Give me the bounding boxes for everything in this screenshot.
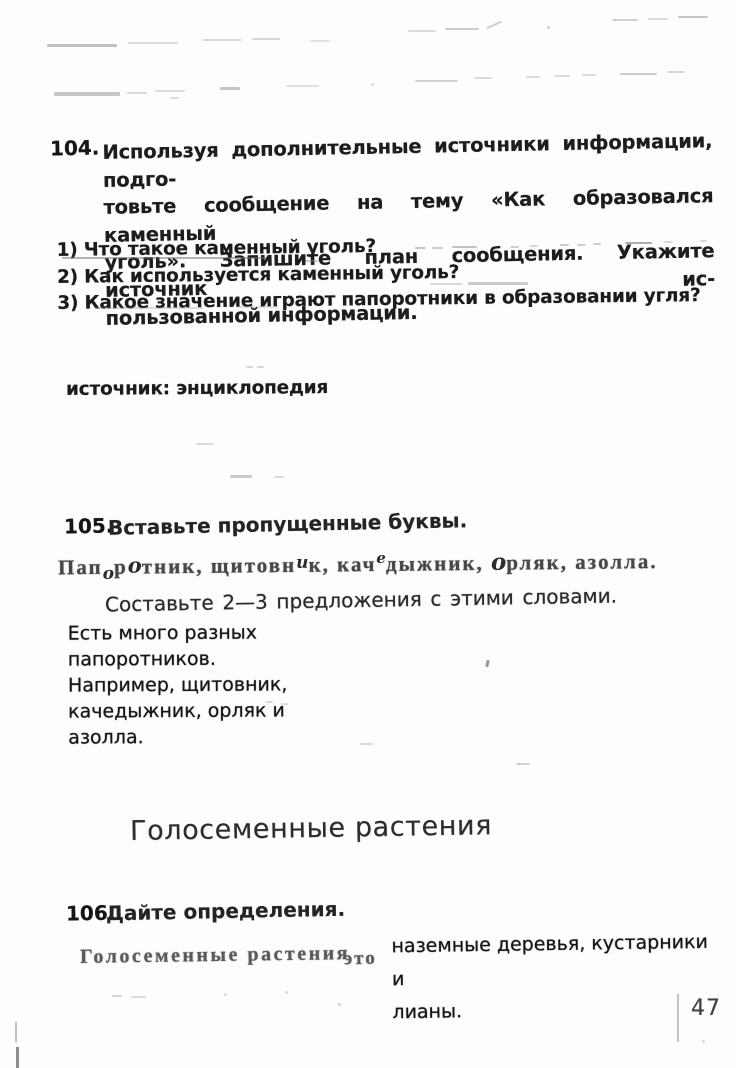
task-106-answer: наземные деревья, кустарники и лианы. — [391, 926, 722, 1030]
scan-artifact — [274, 476, 284, 478]
printed-word-part: рляк, азолла. — [506, 549, 658, 575]
answer-line: наземные деревья, кустарники и — [391, 926, 722, 997]
scan-artifact — [664, 241, 673, 243]
scan-artifact — [47, 44, 117, 47]
task-104-plan-answers: 1) Что такое каменный уголь? 2) Как испо… — [57, 230, 701, 317]
printed-word-part: р — [114, 555, 128, 579]
printed-word-part: тник, щитовн — [142, 553, 297, 579]
scan-artifact — [415, 247, 426, 249]
scan-artifact — [577, 244, 586, 246]
scan-artifact — [485, 660, 489, 667]
scan-artifact — [371, 83, 374, 86]
scan-artifact — [702, 1040, 705, 1043]
scan-artifact — [648, 18, 668, 20]
task-106-term: Голосеменные растения — [80, 942, 350, 969]
scan-artifact — [202, 39, 242, 41]
scan-artifact — [678, 16, 708, 18]
scan-artifact — [170, 97, 179, 99]
inserted-letter: о — [103, 564, 115, 584]
scan-artifact — [554, 75, 570, 77]
scan-artifact — [408, 30, 436, 32]
scan-artifact — [360, 743, 373, 745]
scan-artifact — [530, 245, 538, 247]
inserted-letter: о — [128, 552, 142, 577]
answer-line: лианы. — [392, 992, 722, 1030]
scan-artifact — [625, 242, 652, 244]
scan-artifact — [95, 307, 203, 309]
scan-artifact — [415, 80, 458, 82]
scan-artifact — [430, 283, 462, 285]
scan-artifact — [516, 763, 530, 765]
answer-line: качедыжник, орляк и — [68, 697, 287, 724]
printed-word-part: к, кач — [308, 552, 376, 577]
printed-word-part: Пап — [58, 555, 103, 579]
scan-artifact — [112, 995, 122, 997]
scan-artifact — [468, 282, 528, 285]
scan-artifact — [246, 366, 253, 368]
scan-artifact — [286, 85, 319, 87]
scan-artifact — [15, 1022, 17, 1042]
task-105-subtitle: Составьте 2—3 предложения с этими словам… — [105, 584, 617, 617]
scan-artifact — [128, 42, 178, 44]
scan-artifact — [230, 475, 252, 478]
answer-line: азолла. — [68, 723, 287, 750]
scan-artifact — [445, 28, 479, 30]
scan-artifact — [155, 90, 185, 92]
page-number: 47 — [691, 996, 721, 1021]
scan-artifact — [16, 1047, 19, 1068]
scan-artifact — [510, 246, 519, 248]
inserted-letter: е — [376, 549, 386, 567]
scan-artifact — [224, 993, 227, 996]
scan-artifact — [526, 76, 540, 78]
task-105-word-line: Папоротник, щитовник, качедыжник, орляк,… — [58, 546, 698, 585]
task-106-title: Дайте определения. — [106, 897, 346, 926]
scan-artifact — [677, 994, 679, 1042]
scan-artifact — [582, 74, 596, 76]
scan-artifact — [281, 703, 288, 705]
workbook-scan-page: 104. Используя дополнительные источники … — [0, 0, 736, 1068]
task-104-source-answer: источник: энциклопедия — [66, 377, 328, 400]
scan-artifact — [486, 21, 501, 30]
inserted-letter: о — [491, 549, 507, 576]
scan-artifact — [612, 19, 638, 21]
task-105-number: 105. — [64, 513, 114, 538]
answer-line: Например, щитовник, — [68, 671, 287, 698]
scan-artifact — [452, 246, 477, 248]
scan-artifact — [310, 40, 330, 42]
scan-artifact — [547, 26, 550, 29]
scan-artifact — [238, 306, 278, 308]
task-105-title: Вставьте пропущенные буквы. — [108, 508, 468, 540]
scan-artifact — [474, 77, 492, 79]
scan-artifact — [62, 257, 267, 259]
inserted-letter: и — [296, 553, 309, 573]
section-heading: Голосеменные растения — [130, 810, 492, 847]
task-104-number: 104. — [50, 135, 100, 160]
scan-artifact — [593, 243, 601, 245]
scan-artifact — [432, 247, 443, 249]
scan-artifact — [127, 92, 147, 94]
scan-artifact — [305, 260, 318, 262]
scan-artifact — [667, 71, 685, 73]
answer-line: Есть много разных — [68, 619, 287, 646]
answer-line: папоротников. — [68, 645, 287, 672]
scan-artifact — [196, 443, 214, 445]
task-105-answer: Есть много разных папоротников. Например… — [68, 619, 288, 750]
scan-artifact — [252, 38, 280, 40]
scan-artifact — [620, 73, 657, 75]
scan-artifact — [560, 244, 569, 246]
task-106-connector: это — [344, 948, 377, 971]
scan-artifact — [131, 996, 146, 998]
scan-artifact — [266, 701, 273, 703]
scan-artifact — [338, 1003, 341, 1006]
scan-artifact — [285, 991, 288, 994]
scan-artifact — [257, 366, 264, 368]
scan-artifact — [700, 240, 707, 242]
scan-artifact — [54, 92, 120, 96]
scan-artifact — [220, 87, 240, 90]
printed-word-part: дыжник, — [386, 551, 491, 576]
